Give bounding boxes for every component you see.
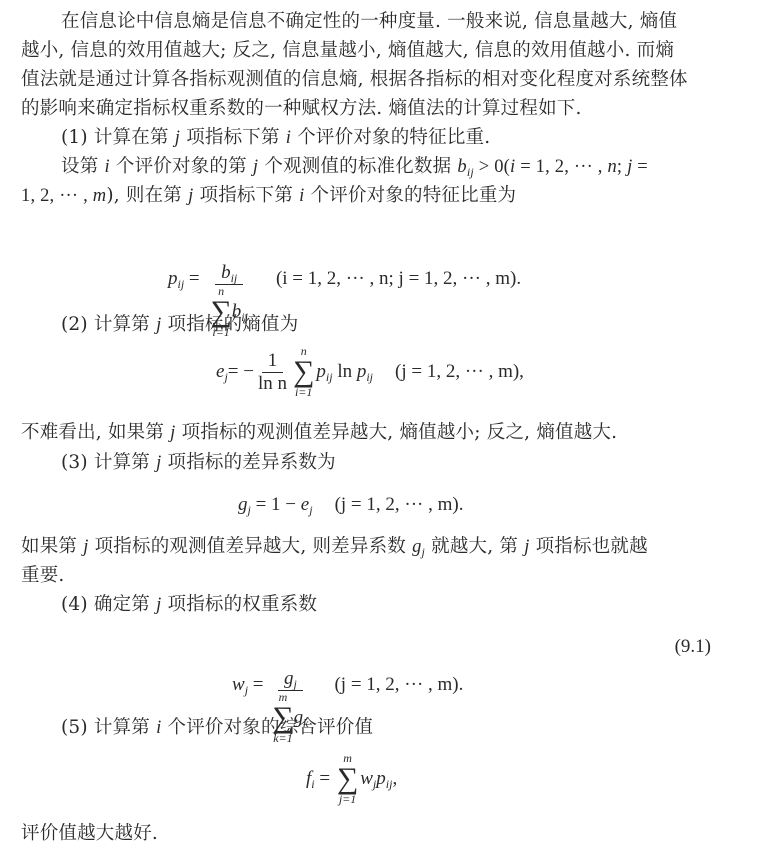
step1-heading: (1) 计算在第 j 项指标下第 i 个评价对象的特征比重. xyxy=(61,126,490,150)
intro-line-1: 在信息论中信息熵是信息不确定性的一种度量. 一般来说, 信息量越大, 熵值 xyxy=(61,10,677,34)
sigma-symbol: ∑ xyxy=(293,358,314,386)
formula-f-i: fi = m ∑ j=1 wjpij , xyxy=(306,752,397,806)
step3-heading: (3) 计算第 j 项指标的差异系数为 xyxy=(61,451,336,475)
step3-note-line-2: 重要. xyxy=(21,564,64,588)
step1-para-line-2: 1, 2, ··· , m), 则在第 j 项指标下第 i 个评价对象的特征比重… xyxy=(21,184,516,208)
step2-note: 不难看出, 如果第 j 项指标的观测值差异越大, 熵值越小; 反之, 熵值越大. xyxy=(21,421,617,445)
step1-para-line-1: 设第 i 个评价对象的第 j 个观测值的标准化数据 bij > 0(i = 1,… xyxy=(61,155,648,179)
intro-line-4: 的影响来确定指标权重系数的一种赋权方法. 熵值法的计算过程如下. xyxy=(21,97,582,121)
step4-heading: (4) 确定第 j 项指标的权重系数 xyxy=(61,593,317,617)
step5-heading: (5) 计算第 i 个评价对象的综合评价值 xyxy=(61,716,373,740)
formula-g-j: gj = 1 − ej (j = 1, 2, ··· , m). xyxy=(238,494,463,516)
intro-line-2: 越小, 信息的效用值越大; 反之, 信息量越小, 熵值越大, 信息的效用值越小.… xyxy=(21,39,674,63)
document-page: 在信息论中信息熵是信息不确定性的一种度量. 一般来说, 信息量越大, 熵值 越小… xyxy=(0,0,759,860)
intro-line-3: 值法就是通过计算各指标观测值的信息熵, 根据各指标的相对变化程度对系统整体 xyxy=(21,68,688,92)
formula-e-j: ej = − 1 ln n n ∑ i=1 pij ln pij (j = 1,… xyxy=(216,345,524,399)
conclusion: 评价值越大越好. xyxy=(21,822,158,846)
sigma-symbol: ∑ xyxy=(337,765,358,793)
step2-heading: (2) 计算第 j 项指标的熵值为 xyxy=(61,313,298,337)
equation-number: (9.1) xyxy=(675,636,711,658)
step3-note-line-1: 如果第 j 项指标的观测值差异越大, 则差异系数 gj 就越大, 第 j 项指标… xyxy=(21,535,648,559)
